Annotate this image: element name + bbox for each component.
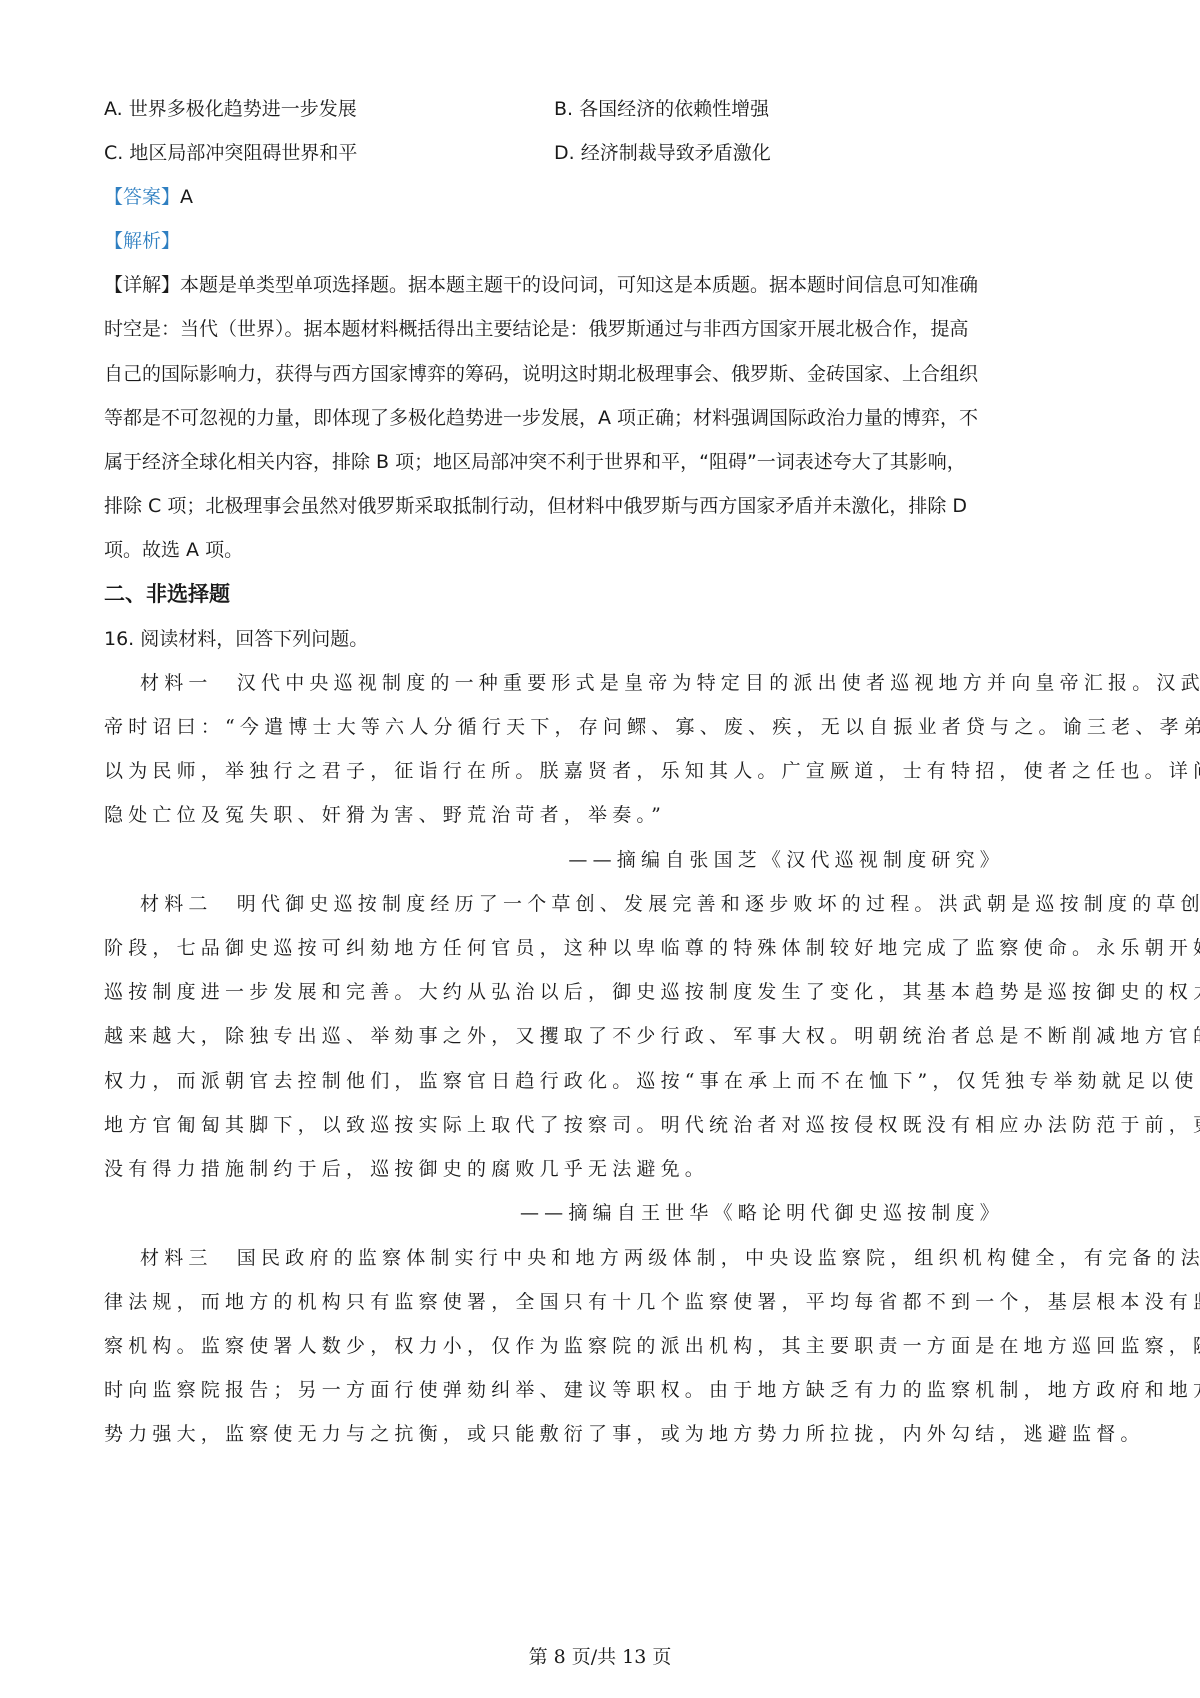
analysis-line: 属于经济全球化相关内容，排除 B 项；地区局部冲突不利于世界和平，“阻碍”一词表…	[104, 449, 966, 475]
material1-line: 以为民师，举独行之君子，征诣行在所。朕嘉贤者，乐知其人。广宣厥道，士有特招，使者…	[104, 758, 1200, 784]
material2-line: 阶段，七品御史巡按可纠劾地方任何官员，这种以卑临尊的特殊体制较好地完成了监察使命…	[104, 935, 1200, 961]
answer-row: 【答案】A	[104, 184, 193, 210]
analysis-line: 自己的国际影响力，获得与西方国家博弈的筹码，说明这时期北极理事会、俄罗斯、金砖国…	[104, 361, 978, 387]
material2-line: 巡按制度进一步发展和完善。大约从弘治以后，御史巡按制度发生了变化，其基本趋势是巡…	[104, 979, 1200, 1005]
material3-line: 时向监察院报告；另一方面行使弹劾纠举、建议等职权。由于地方缺乏有力的监察机制，地…	[104, 1377, 1200, 1403]
detail-label: 【详解】	[104, 274, 180, 296]
question-prompt: 16. 阅读材料，回答下列问题。	[104, 626, 368, 652]
analysis-line: 项。故选 A 项。	[104, 537, 243, 563]
material2-line: 地方官匍匐其脚下，以致巡按实际上取代了按察司。明代统治者对巡按侵权既没有相应办法…	[104, 1112, 1200, 1138]
material3-line: 察机构。监察使署人数少，权力小，仅作为监察院的派出机构，其主要职责一方面是在地方…	[104, 1333, 1200, 1359]
material2-line: 越来越大，除独专出巡、举劾事之外，又攫取了不少行政、军事大权。明朝统治者总是不断…	[104, 1023, 1200, 1049]
page-indicator: 第 8 页/共 13 页	[0, 1644, 1200, 1670]
material1-source: ——摘编自张国芝《汉代巡视制度研究》	[568, 847, 1004, 873]
option-a: A. 世界多极化趋势进一步发展	[104, 96, 357, 122]
material2-line: 权力，而派朝官去控制他们，监察官日趋行政化。巡按“事在承上而不在恤下”，仅凭独专…	[104, 1068, 1199, 1094]
option-d: D. 经济制裁导致矛盾激化	[554, 140, 771, 166]
material1-line: 隐处亡位及冤失职、奸猾为害、野荒治苛者，举奏。”	[104, 802, 666, 828]
material3-line: 律法规，而地方的机构只有监察使署，全国只有十几个监察使署，平均每省都不到一个，基…	[104, 1289, 1200, 1315]
material1-line: 帝时诏曰：“今遣博士大等六人分循行天下，存问鳏、寡、废、疾，无以自振业者贷与之。…	[104, 714, 1200, 740]
material2-source: ——摘编自王世华《略论明代御史巡按制度》	[520, 1200, 1004, 1226]
option-b: B. 各国经济的依赖性增强	[554, 96, 769, 122]
analysis-label: 【解析】	[104, 228, 180, 254]
analysis-line: 等都是不可忽视的力量，即体现了多极化趋势进一步发展，A 项正确；材料强调国际政治…	[104, 405, 978, 431]
material2-line: 没有得力措施制约于后，巡按御史的腐败几乎无法避免。	[104, 1156, 709, 1182]
analysis-line: 时空是：当代（世界）。据本题材料概括得出主要结论是：俄罗斯通过与非西方国家开展北…	[104, 316, 969, 342]
analysis-line: 【详解】本题是单类型单项选择题。据本题主题干的设问词，可知这是本质题。据本题时间…	[104, 272, 978, 298]
answer-value: A	[180, 186, 193, 208]
material3-line: 材料三 国民政府的监察体制实行中央和地方两级体制，中央设监察院，组织机构健全，有…	[140, 1245, 1200, 1271]
answer-label: 【答案】	[104, 186, 180, 208]
option-c: C. 地区局部冲突阻碍世界和平	[104, 140, 357, 166]
analysis-line: 排除 C 项；北极理事会虽然对俄罗斯采取抵制行动，但材料中俄罗斯与西方国家矛盾并…	[104, 493, 967, 519]
document-page: A. 世界多极化趋势进一步发展 B. 各国经济的依赖性增强 C. 地区局部冲突阻…	[0, 0, 1200, 1698]
material2-line: 材料二 明代御史巡按制度经历了一个草创、发展完善和逐步败坏的过程。洪武朝是巡按制…	[140, 891, 1200, 917]
material1-line: 材料一 汉代中央巡视制度的一种重要形式是皇帝为特定目的派出使者巡视地方并向皇帝汇…	[140, 670, 1200, 696]
material3-line: 势力强大，监察使无力与之抗衡，或只能敷衍了事，或为地方势力所拉拢，内外勾结，逃避…	[104, 1421, 1145, 1447]
section-heading: 二、非选择题	[104, 581, 230, 607]
